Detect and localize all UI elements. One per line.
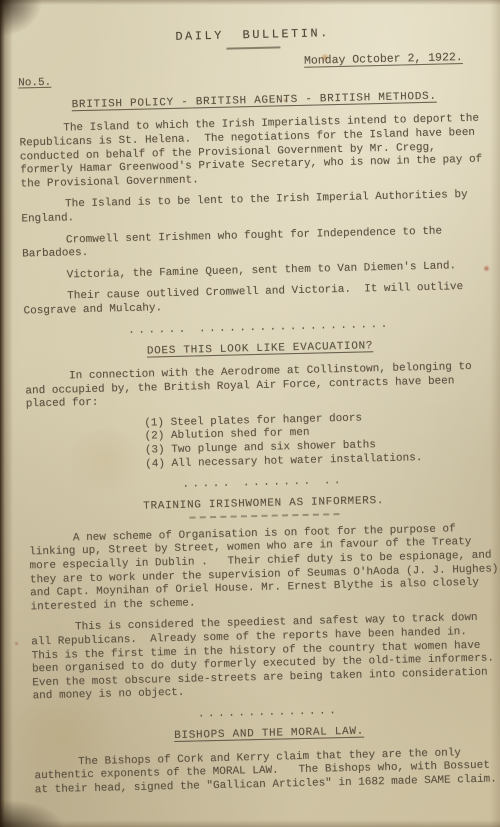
section-heading: DOES THIS LOOK LIKE EVACUATION? xyxy=(24,337,495,362)
dotted-divider: ...... ................... xyxy=(24,316,495,339)
paragraph: Their cause outlived Cromwell and Victor… xyxy=(23,281,495,319)
section-informers: TRAINING IRISHWOMEN AS INFORMERS. A new … xyxy=(28,493,500,725)
contract-list: (1) Steel plates for hanger doors (2) Ab… xyxy=(144,409,498,472)
paper-stain xyxy=(14,641,19,646)
section-heading: BRITISH POLICY - BRITISH AGENTS - BRITIS… xyxy=(19,89,490,114)
paragraph: Cromwell sent Irishmen who fought for In… xyxy=(22,224,494,262)
section-british-policy: BRITISH POLICY - BRITISH AGENTS - BRITIS… xyxy=(19,89,495,339)
paragraph: This is considered the speediest and saf… xyxy=(31,612,500,705)
section-heading: BISHOPS AND THE MORAL LAW. xyxy=(34,722,500,747)
page-binding-edge xyxy=(0,0,13,827)
section-heading: TRAINING IRISHWOMEN AS INFORMERS. xyxy=(28,493,499,518)
page-edge-bottom xyxy=(0,820,500,827)
heading-rule xyxy=(189,513,339,519)
paragraph: The Island to which the Irish Imperialis… xyxy=(19,113,491,192)
page-edge-top xyxy=(0,0,500,5)
paragraph: In connection with the Aerodrome at Coll… xyxy=(25,360,497,412)
paragraph: The Island is to be lent to the Irish Im… xyxy=(21,189,493,227)
paragraph: A new scheme of Organisation is on foot … xyxy=(29,522,500,615)
paragraph: Victoria, the Famine Queen, sent them to… xyxy=(23,259,494,284)
bulletin-content: DAILY BULLETIN. Monday October 2, 1922. … xyxy=(17,23,500,805)
title-rule xyxy=(226,46,280,49)
section-bishops: BISHOPS AND THE MORAL LAW. The Bishops o… xyxy=(34,722,500,797)
section-evacuation: DOES THIS LOOK LIKE EVACUATION? In conne… xyxy=(24,337,498,495)
dotted-divider: ..... ....... .. xyxy=(28,472,499,495)
dotted-divider: .............. xyxy=(33,701,500,724)
bulletin-title: DAILY BULLETIN. xyxy=(17,23,488,48)
document-page: DAILY BULLETIN. Monday October 2, 1922. … xyxy=(0,0,500,827)
paragraph: The Bishops of Cork and Kerry claim that… xyxy=(34,746,500,798)
